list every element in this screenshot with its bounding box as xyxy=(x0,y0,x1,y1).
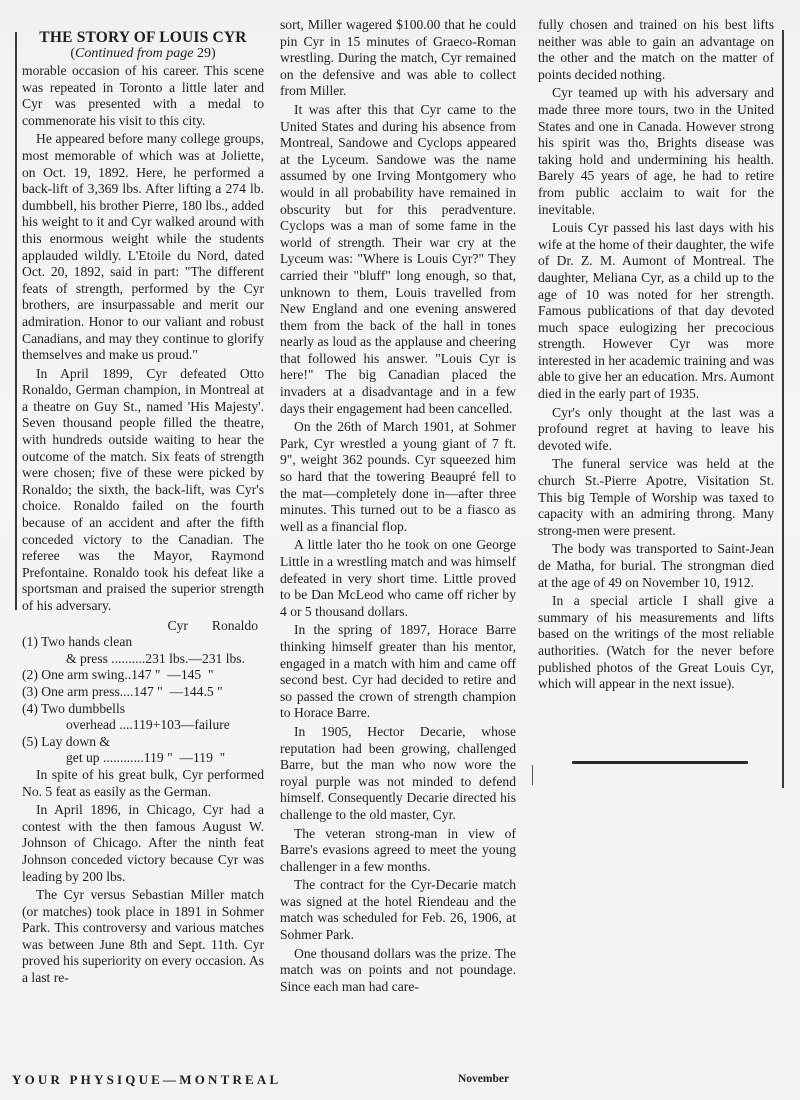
column-2: sort, Miller wagered $100.00 that he cou… xyxy=(280,17,516,995)
column-1: morable occasion of his career. This sce… xyxy=(22,63,264,987)
feat-row-3: (3) One arm press....147 " —144.5 " xyxy=(22,684,264,701)
feats-table: Cyr Ronaldo (1) Two hands clean & press … xyxy=(22,618,264,767)
article-title: THE STORY OF LOUIS CYR xyxy=(22,29,264,47)
continued-page: 29) xyxy=(193,46,215,61)
feat-row-1-values: & press ..........231 lbs.—231 lbs. xyxy=(22,651,264,668)
feat-row-1: (1) Two hands clean xyxy=(22,634,264,651)
paragraph: Cyr teamed up with his adversary and mad… xyxy=(538,85,774,218)
continued-note: (Continued from page 29) xyxy=(22,46,264,62)
feat-row-2: (2) One arm swing..147 " —145 " xyxy=(22,667,264,684)
magazine-page: THE STORY OF LOUIS CYR (Continued from p… xyxy=(0,0,800,1100)
right-border-rule xyxy=(782,30,784,788)
paragraph: The body was transported to Saint-Jean d… xyxy=(538,541,774,591)
paragraph: In the spring of 1897, Horace Barre thin… xyxy=(280,622,516,722)
issue-month: November xyxy=(458,1073,509,1085)
paragraph: In 1905, Hector Decarie, whose reputatio… xyxy=(280,724,516,824)
publication-footer: YOUR PHYSIQUE—MONTREAL xyxy=(12,1072,281,1088)
paragraph: The contract for the Cyr-Decarie match w… xyxy=(280,877,516,943)
feat-row-4-values: overhead ....119+103—failure xyxy=(22,717,264,734)
article-end-rule xyxy=(572,761,748,764)
paragraph: fully chosen and trained on his best lif… xyxy=(538,17,774,83)
paragraph: Cyr's only thought at the last was a pro… xyxy=(538,405,774,455)
paragraph: The veteran strong-man in view of Barre'… xyxy=(280,826,516,876)
paragraph: The funeral service was held at the chur… xyxy=(538,456,774,539)
header-ronaldo: Ronaldo xyxy=(212,618,258,635)
paragraph: A little later tho he took on one George… xyxy=(280,537,516,620)
paragraph: On the 26th of March 1901, at Sohmer Par… xyxy=(280,419,516,535)
header-cyr: Cyr xyxy=(168,618,188,635)
paragraph: Louis Cyr passed his last days with his … xyxy=(538,220,774,403)
paragraph: In a special article I shall give a summ… xyxy=(538,593,774,693)
left-border-rule xyxy=(15,32,17,610)
column-3: fully chosen and trained on his best lif… xyxy=(538,17,774,693)
column-rule-stub xyxy=(532,765,533,785)
paragraph: One thousand dollars was the prize. The … xyxy=(280,946,516,996)
feat-row-4: (4) Two dumbbells xyxy=(22,701,264,718)
paragraph: In spite of his great bulk, Cyr performe… xyxy=(22,767,264,800)
feats-table-header: Cyr Ronaldo xyxy=(22,618,264,635)
paragraph: The Cyr versus Sebastian Miller match (o… xyxy=(22,887,264,987)
paragraph: morable occasion of his career. This sce… xyxy=(22,63,264,129)
continued-italic: Continued from page xyxy=(75,46,193,61)
paragraph: sort, Miller wagered $100.00 that he cou… xyxy=(280,17,516,100)
feat-row-5-values: get up ............119 " —119 " xyxy=(22,750,264,767)
paragraph: In April 1899, Cyr defeated Otto Ronaldo… xyxy=(22,366,264,615)
paragraph: He appeared before many college groups, … xyxy=(22,131,264,363)
paragraph: In April 1896, in Chicago, Cyr had a con… xyxy=(22,802,264,885)
feat-row-5: (5) Lay down & xyxy=(22,734,264,751)
paragraph: It was after this that Cyr came to the U… xyxy=(280,102,516,417)
